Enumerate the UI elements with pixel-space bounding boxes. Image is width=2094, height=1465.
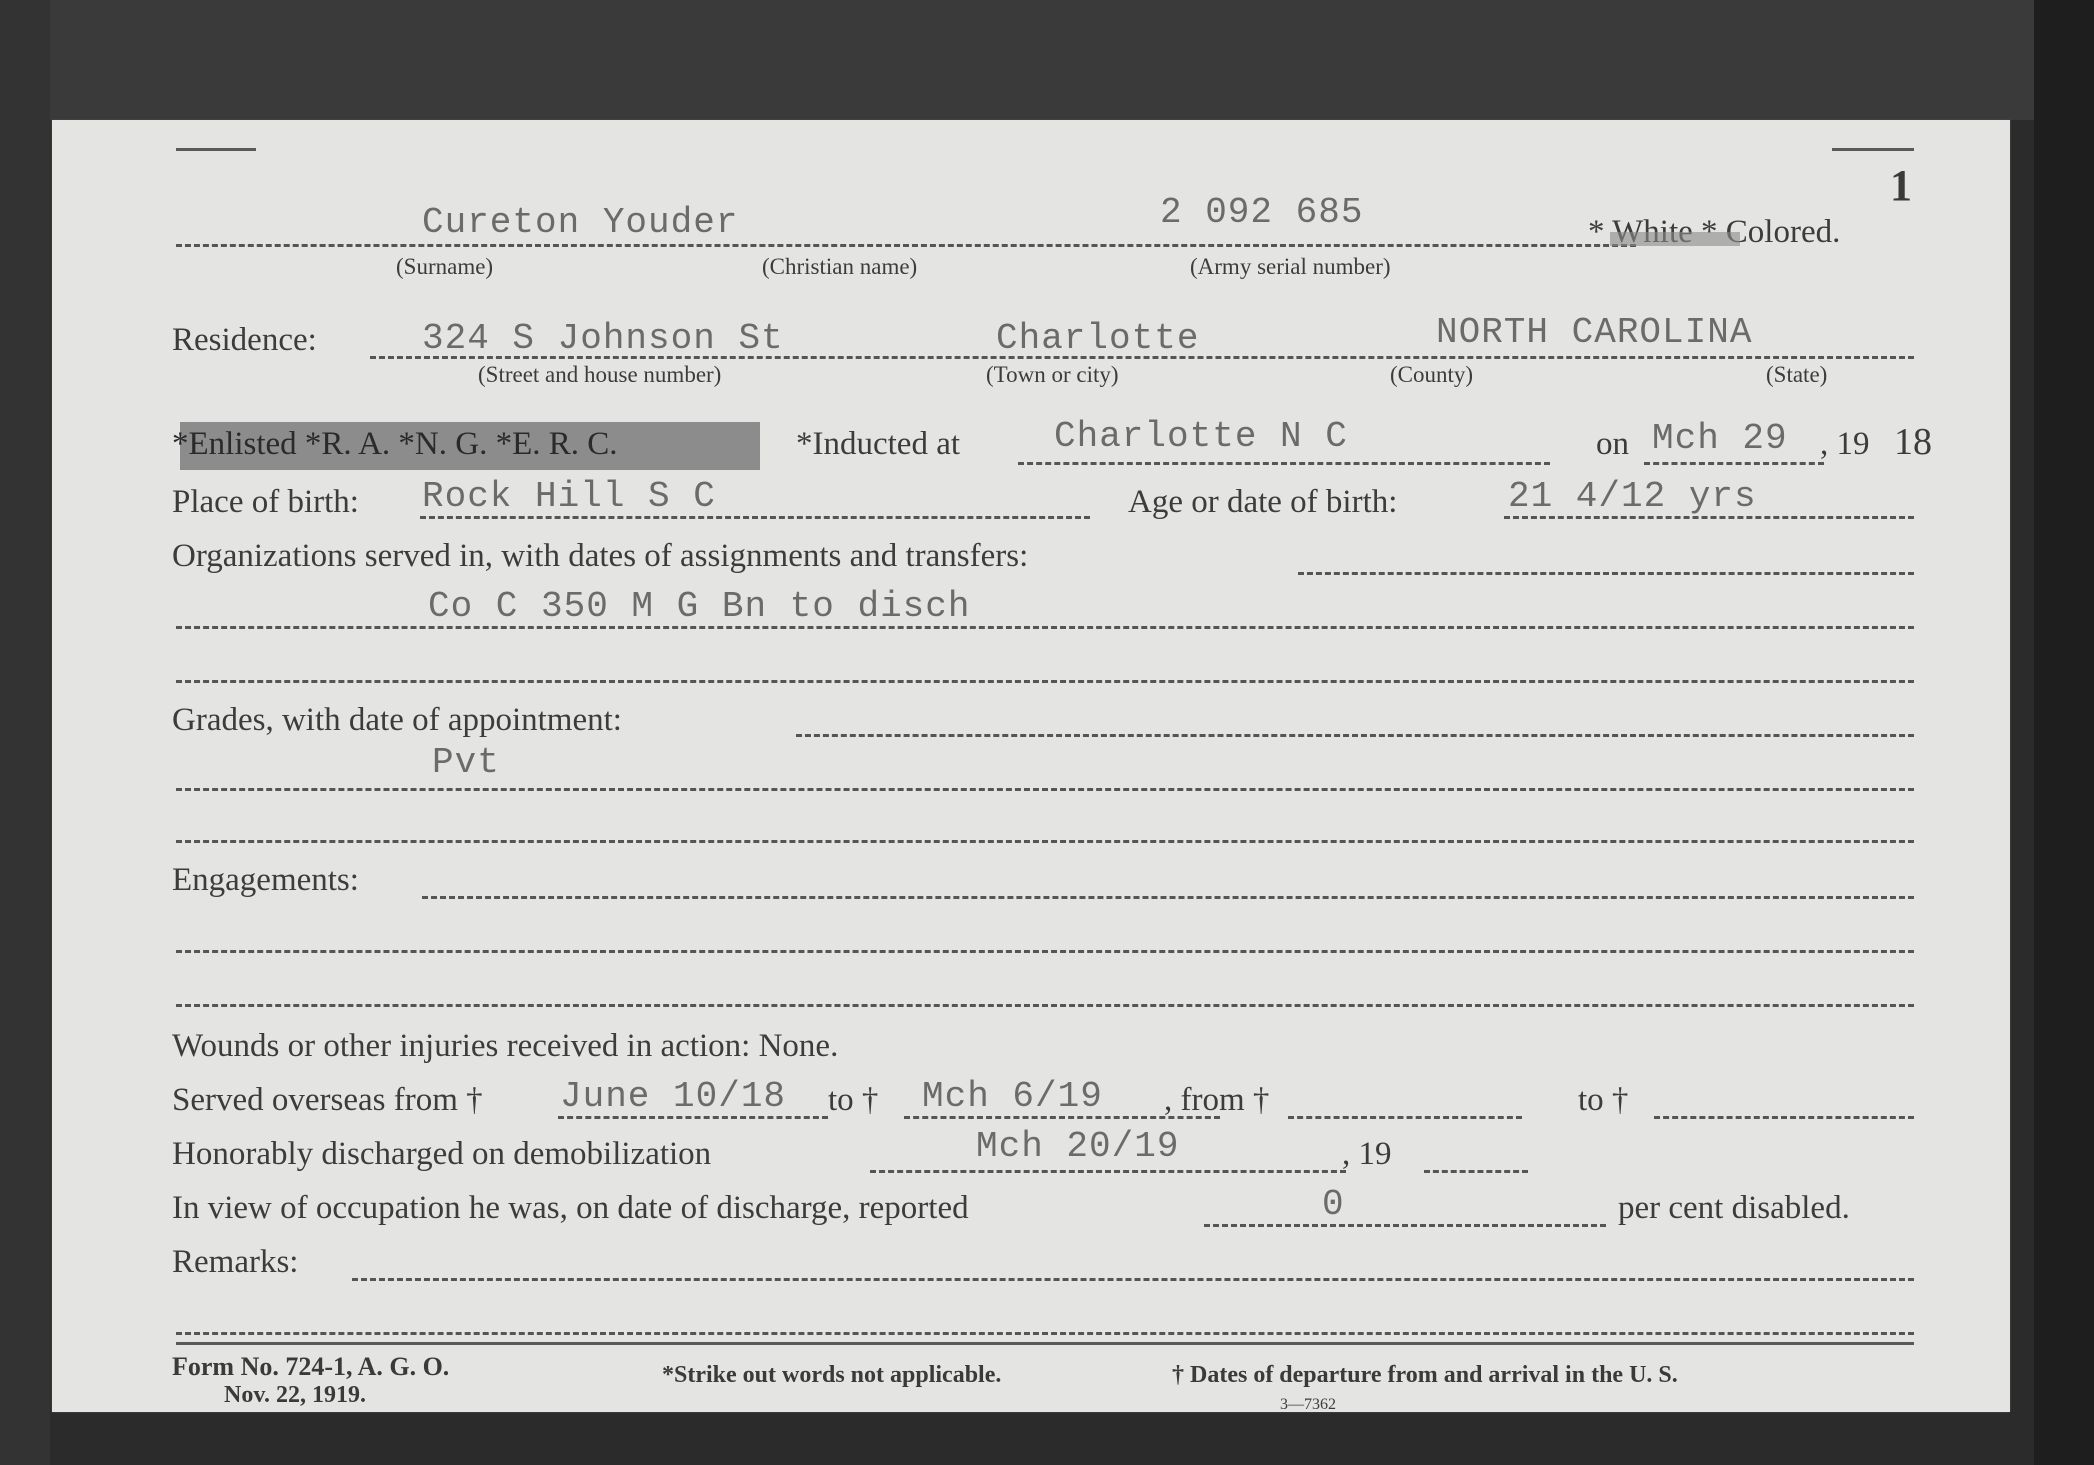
- discharge-label: Honorably discharged on demobilization: [172, 1136, 711, 1173]
- grades-line-1: [796, 734, 1914, 737]
- disability-suffix: per cent disabled.: [1618, 1190, 1850, 1227]
- footnote-strike: *Strike out words not applicable.: [662, 1362, 1001, 1389]
- place-of-birth-label: Place of birth:: [172, 484, 359, 521]
- age-value: 21 4/12 yrs: [1508, 476, 1757, 517]
- engagements-line-2: [176, 950, 1914, 953]
- serial-number-value: 2 092 685: [1160, 192, 1363, 233]
- corner-rule-left: [176, 148, 256, 151]
- enlistment-struck-options: *Enlisted *R. A. *N. G. *E. R. C.: [172, 426, 618, 463]
- disability-value: 0: [1322, 1184, 1345, 1225]
- inducted-line: [1018, 462, 1550, 465]
- discharge-date-value: Mch 20/19: [976, 1126, 1179, 1167]
- grades-line-2: [176, 788, 1914, 791]
- surname-value: Cureton Youder: [422, 202, 738, 243]
- wounds-value: None.: [759, 1028, 839, 1064]
- caption-county: (County): [1390, 362, 1473, 388]
- remarks-label: Remarks:: [172, 1244, 298, 1281]
- caption-street: (Street and house number): [478, 362, 721, 388]
- form-date: Nov. 22, 1919.: [224, 1382, 366, 1409]
- corner-rule-right: [1832, 148, 1914, 151]
- overseas-to2-label: to †: [1578, 1082, 1628, 1119]
- inducted-date-value: Mch 29: [1652, 418, 1788, 459]
- caption-serial-number: (Army serial number): [1190, 254, 1391, 280]
- overseas-to-value: Mch 6/19: [922, 1076, 1103, 1117]
- inducted-date-line: [1644, 462, 1824, 465]
- residence-town: Charlotte: [996, 318, 1199, 359]
- remarks-line-1: [352, 1278, 1914, 1281]
- strike-mark: [1610, 232, 1740, 246]
- organizations-line-3: [176, 680, 1914, 683]
- residence-street: 324 S Johnson St: [422, 318, 784, 359]
- grades-label: Grades, with date of appointment:: [172, 702, 622, 739]
- residence-state: NORTH CAROLINA: [1436, 312, 1752, 353]
- organizations-label: Organizations served in, with dates of a…: [172, 538, 1028, 575]
- scan-background-right: [2034, 0, 2094, 1465]
- overseas-label: Served overseas from †: [172, 1082, 483, 1119]
- grades-line-3: [176, 840, 1914, 843]
- inducted-year-suffix: 18: [1894, 420, 1932, 464]
- form-number: Form No. 724-1, A. G. O.: [172, 1352, 449, 1382]
- page-number: 1: [1890, 160, 1912, 211]
- organization-entry: Co C 350 M G Bn to disch: [428, 586, 970, 627]
- footer-rule: [176, 1342, 1914, 1345]
- overseas-from2-label: , from †: [1164, 1082, 1269, 1119]
- service-record-card: 1 Cureton Youder 2 092 685 * White * Col…: [52, 120, 2010, 1412]
- overseas-to2-line: [1654, 1116, 1914, 1119]
- name-line: [176, 244, 1636, 247]
- disability-line: [1204, 1224, 1606, 1227]
- footnote-dagger: † Dates of departure from and arrival in…: [1172, 1362, 1678, 1389]
- residence-label: Residence:: [172, 322, 317, 359]
- disability-label: In view of occupation he was, on date of…: [172, 1190, 969, 1227]
- inducted-label: *Inducted at: [796, 426, 960, 463]
- wounds-label: Wounds or other injuries received in act…: [172, 1028, 750, 1064]
- race-white-struck: * White: [1588, 214, 1701, 250]
- remarks-line-2: [176, 1332, 1914, 1335]
- engagements-line-3: [176, 1004, 1914, 1007]
- discharge-line: [870, 1170, 1346, 1173]
- engagements-line-1: [422, 896, 1914, 899]
- inducted-on-label: on: [1596, 426, 1629, 463]
- scan-background-left: [0, 0, 50, 1465]
- engagements-label: Engagements:: [172, 862, 359, 899]
- print-code: 3—7362: [1280, 1396, 1336, 1414]
- discharge-year-line: [1424, 1170, 1528, 1173]
- grade-entry: Pvt: [432, 742, 500, 783]
- race-options: * White * Colored.: [1588, 214, 1840, 251]
- discharge-year-prefix: , 19: [1342, 1136, 1392, 1173]
- organizations-line-1: [1298, 572, 1914, 575]
- caption-town: (Town or city): [986, 362, 1119, 388]
- scan-background-top: [0, 0, 2094, 120]
- age-label: Age or date of birth:: [1128, 484, 1397, 521]
- inducted-year-prefix: , 19: [1820, 426, 1870, 463]
- overseas-from-value: June 10/18: [560, 1076, 786, 1117]
- overseas-to-label: to †: [828, 1082, 878, 1119]
- inducted-at-value: Charlotte N C: [1054, 416, 1348, 457]
- caption-state: (State): [1766, 362, 1827, 388]
- overseas-from2-line: [1288, 1116, 1522, 1119]
- caption-surname: (Surname): [396, 254, 493, 280]
- place-of-birth-value: Rock Hill S C: [422, 476, 716, 517]
- wounds-row: Wounds or other injuries received in act…: [172, 1028, 838, 1065]
- caption-christian-name: (Christian name): [762, 254, 917, 280]
